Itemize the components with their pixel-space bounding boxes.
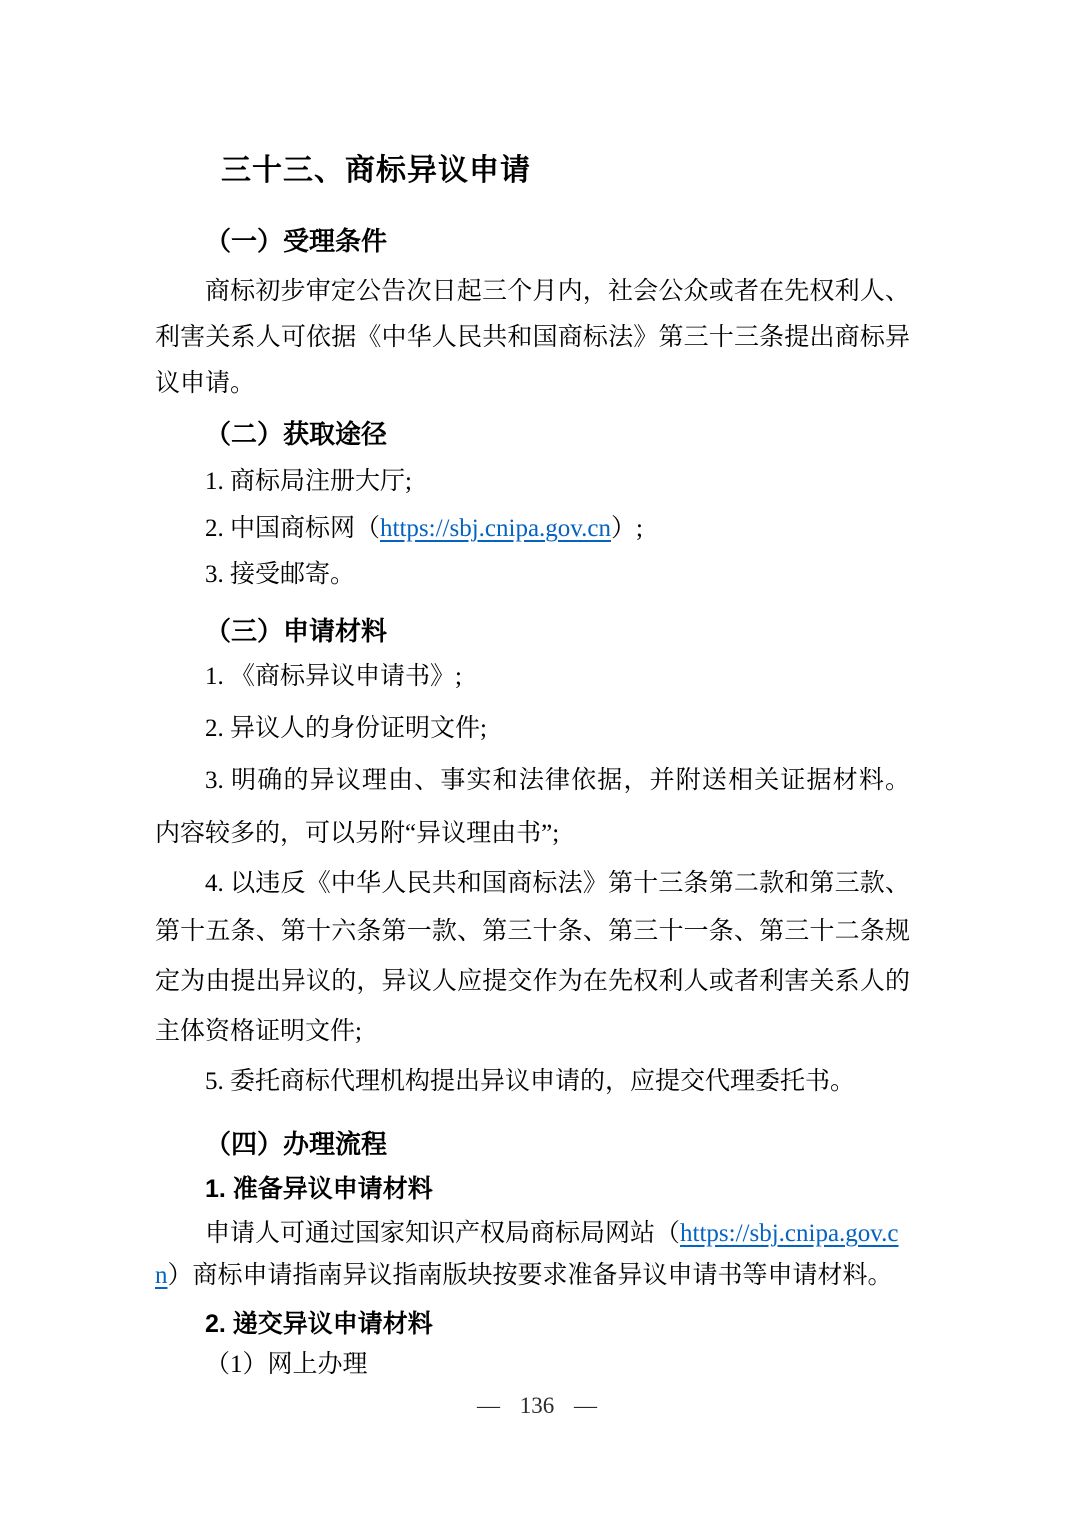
paragraph-line: 议申请。 (155, 367, 910, 401)
list-item-registration-hall: 1. 商标局注册大厅; (155, 465, 910, 499)
list-item-legal-basis-line: 第十五条、第十六条第一款、第三十条、第三十一条、第三十二条规 (155, 915, 910, 949)
paragraph-text: ）商标申请指南异议指南版块按要求准备异议申请书等申请材料。 (168, 1262, 893, 1289)
paragraph-line: 商标初步审定公告次日起三个月内，社会公众或者在先权利人、 (155, 275, 910, 309)
list-item-application-form: 1. 《商标异议申请书》; (155, 660, 910, 694)
step-1-heading: 1. 准备异议申请材料 (155, 1172, 910, 1206)
cnipa-url-link[interactable]: https://sbj.cnipa.gov.c (680, 1220, 899, 1247)
section-3-heading: （三）申请材料 (155, 615, 910, 649)
list-item-legal-basis-line: 定为由提出异议的，异议人应提交作为在先权利人或者利害关系人的 (155, 965, 910, 999)
step-2-sub-item-online: （1）网上办理 (155, 1348, 910, 1382)
paragraph-line: 利害关系人可依据《中华人民共和国商标法》第三十三条提出商标异 (155, 321, 910, 355)
cnipa-url-link-continued[interactable]: n (155, 1262, 168, 1289)
section-2-heading: （二）获取途径 (155, 418, 910, 452)
list-item-trademark-website: 2. 中国商标网（https://sbj.cnipa.gov.cn）; (155, 512, 910, 546)
chapter-title: 三十三、商标异议申请 (221, 151, 531, 191)
list-item-mail: 3. 接受邮寄。 (155, 558, 910, 592)
cnipa-url-link[interactable]: https://sbj.cnipa.gov.cn (380, 515, 611, 542)
section-1-heading: （一）受理条件 (155, 225, 910, 259)
list-item-identity-document: 2. 异议人的身份证明文件; (155, 712, 910, 746)
page-number: — 136 — (0, 1393, 1074, 1419)
paragraph-line: 申请人可通过国家知识产权局商标局网站（https://sbj.cnipa.gov… (155, 1217, 910, 1251)
item-text: 2. 中国商标网（ (205, 515, 380, 542)
step-2-heading: 2. 递交异议申请材料 (155, 1307, 910, 1341)
list-item-opposition-grounds-line: 3. 明确的异议理由、事实和法律依据，并附送相关证据材料。 (155, 764, 910, 798)
list-item-power-of-attorney: 5. 委托商标代理机构提出异议申请的，应提交代理委托书。 (155, 1065, 910, 1099)
item-text: ）; (611, 515, 643, 542)
list-item-legal-basis-line: 主体资格证明文件; (155, 1015, 910, 1049)
list-item-opposition-grounds-line: 内容较多的，可以另附“异议理由书”; (155, 817, 910, 851)
section-4-heading: （四）办理流程 (155, 1128, 910, 1162)
paragraph-text: 申请人可通过国家知识产权局商标局网站（ (205, 1220, 680, 1247)
paragraph-line: n）商标申请指南异议指南版块按要求准备异议申请书等申请材料。 (155, 1259, 910, 1293)
document-page: 三十三、商标异议申请 （一）受理条件 商标初步审定公告次日起三个月内，社会公众或… (0, 0, 1074, 1520)
list-item-legal-basis-line: 4. 以违反《中华人民共和国商标法》第十三条第二款和第三款、 (155, 867, 910, 901)
